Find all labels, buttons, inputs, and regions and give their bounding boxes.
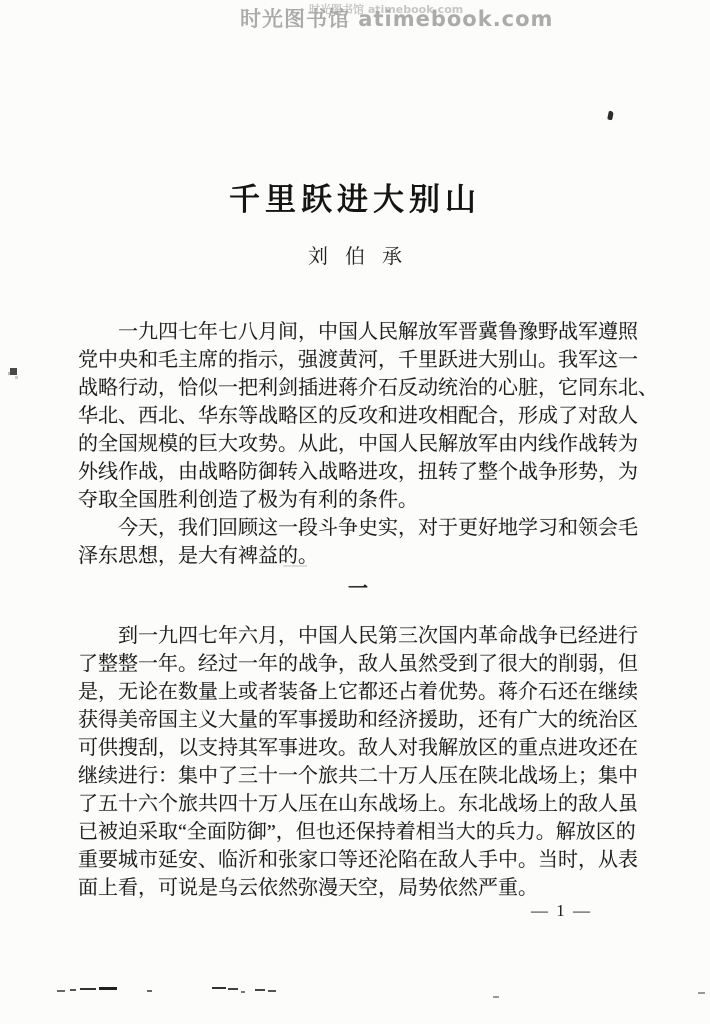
text-line: 重要城市延安、临沂和张家口等还沦陷在敌人手中。当时，从表 (78, 846, 638, 874)
scan-artifact (241, 991, 245, 993)
scan-artifact (493, 996, 499, 998)
scan-artifact (70, 989, 76, 991)
ink-speck (10, 368, 17, 375)
text-line: 了五十六个旅共四十万人压在山东战场上。东北战场上的敌人虽 (78, 790, 638, 818)
text-line: 到一九四七年六月，中国人民第三次国内革命战争已经进行 (78, 622, 638, 650)
scan-artifact (57, 990, 65, 992)
text-line: 继续进行：集中了三十一个旅共二十万人压在陕北战场上；集中 (78, 762, 638, 790)
section-number-divider: 一 (78, 576, 638, 602)
scan-artifact (80, 988, 96, 990)
text-line: 可供搜刮，以支持其军事进攻。敌人对我解放区的重点进攻还在 (78, 734, 638, 762)
scan-artifact (228, 988, 238, 990)
article-title: 千里跃进大别山 (0, 174, 710, 219)
text-line: 是，无论在数量上或者装备上它都还占着优势。蒋介石还在继续 (78, 678, 638, 706)
text-line: 面上看，可说是乌云依然弥漫天空，局势依然严重。 (78, 874, 638, 902)
text-line: 了整整一年。经过一年的战争，敌人虽然受到了很大的削弱，但 (78, 650, 638, 678)
ink-speck (607, 111, 614, 121)
author-name: 刘伯承 (0, 240, 710, 269)
text-line: 夺取全国胜利创造了极为有利的条件。 (78, 486, 638, 514)
watermark-large-text: 时光图书馆 atimebook.com (240, 3, 553, 33)
text-line: 泽东思想，是大有裨益的。 (78, 542, 638, 570)
text-line: 华北、西北、华东等战略区的反攻和进攻相配合，形成了对敌人 (78, 402, 638, 430)
scan-artifact (99, 987, 117, 990)
scan-artifact (212, 987, 226, 989)
scan-artifact (698, 992, 705, 994)
scan-artifact (268, 990, 276, 992)
text-line: 已被迫采取“全面防御”，但也还保持着相当大的兵力。解放区的 (78, 818, 638, 846)
page-number: — 1 — (531, 901, 592, 921)
text-line: 获得美帝国主义大量的军事援助和经济援助，还有广大的统治区 (78, 706, 638, 734)
text-line: 外线作战，由战略防御转入战略进攻，扭转了整个战争形势，为 (78, 458, 638, 486)
paragraph-1: 一九四七年七八月间，中国人民解放军晋冀鲁豫野战军遵照 党中央和毛主席的指示，强渡… (78, 318, 638, 514)
text-line: 今天，我们回顾这一段斗争史实，对于更好地学习和领会毛 (78, 514, 638, 542)
text-line: 战略行动，恰似一把利剑插进蒋介石反动统治的心脏，它同东北、 (78, 374, 638, 402)
article-body: 一九四七年七八月间，中国人民解放军晋冀鲁豫野战军遵照 党中央和毛主席的指示，强渡… (78, 318, 638, 902)
scan-artifact (283, 565, 307, 567)
paragraph-2: 今天，我们回顾这一段斗争史实，对于更好地学习和领会毛 泽东思想，是大有裨益的。 (78, 514, 638, 570)
scan-artifact (147, 990, 152, 992)
scan-artifact (255, 989, 265, 991)
text-line: 的全国规模的巨大攻势。从此，中国人民解放军由内线作战转为 (78, 430, 638, 458)
text-line: 党中央和毛主席的指示，强渡黄河，千里跃进大别山。我军这一 (78, 346, 638, 374)
scanned-book-page: 时光图书馆 atimebook.com 时光图书馆 atimebook.com … (0, 0, 710, 1024)
text-line: 一九四七年七八月间，中国人民解放军晋冀鲁豫野战军遵照 (78, 318, 638, 346)
paragraph-3: 到一九四七年六月，中国人民第三次国内革命战争已经进行 了整整一年。经过一年的战争… (78, 622, 638, 902)
